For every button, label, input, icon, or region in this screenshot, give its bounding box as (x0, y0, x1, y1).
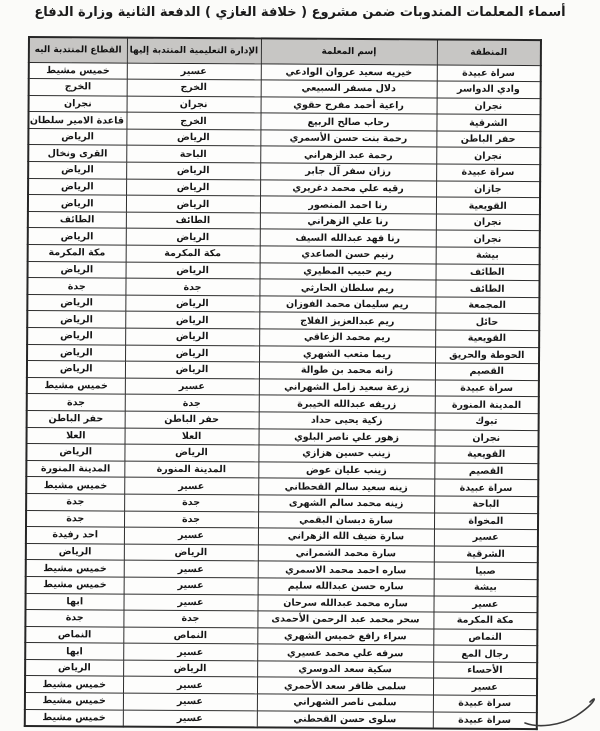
table-cell: ابها (25, 643, 123, 660)
table-cell: سارة ضيف الله الزهراني (258, 528, 434, 546)
table-cell: خميس مشيط (25, 709, 123, 726)
table-cell: الرياض (123, 660, 257, 677)
table-cell: جدة (125, 278, 259, 295)
table-cell: جدة (26, 510, 124, 527)
table-cell: الرياض (125, 311, 259, 328)
table-cell: ريم عبدالعزيز الفلاج (259, 312, 435, 330)
table-cell: جدة (26, 493, 124, 510)
table-cell: زكية يحيى حداد (259, 412, 435, 430)
table-cell: سراة عبيدة (434, 479, 538, 496)
table-cell: ابها (25, 593, 123, 610)
table-cell: راعية أحمد مفرح حقوي (261, 97, 437, 115)
table-cell: العلا (125, 428, 259, 445)
table-cell: الرياض (125, 295, 259, 312)
table-cell: سراء رافع خميس الشهري (257, 628, 433, 646)
table-cell: ساره احمد محمد الاسمري (258, 561, 434, 579)
table-cell: خميس مشيط (26, 576, 124, 593)
table-cell: عسير (127, 63, 261, 80)
header-cell: الإدارة التعليمية المنتدبة إليها (127, 38, 261, 64)
table-cell: سحر محمد عبد الرحمن الأحمدى (257, 611, 433, 629)
table-cell: ريما متعب الشهري (259, 345, 435, 363)
table-cell: احد رفيدة (26, 527, 124, 544)
table-cell: رزان سفر آل جابر (260, 163, 436, 181)
table-header-row: المنطقةإسم المعلمةالإدارة التعليمية المن… (29, 37, 541, 65)
table-cell: نجران (436, 147, 540, 164)
table-cell: الخرج (29, 79, 127, 96)
signature-mark (522, 696, 600, 730)
table-cell: الخرج (127, 79, 261, 96)
roster-table-wrap: المنطقةإسم المعلمةالإدارة التعليمية المن… (26, 36, 542, 730)
table-cell: الرياض (28, 261, 126, 278)
table-cell: عسير (433, 595, 537, 612)
table-cell: الرياض (27, 311, 125, 328)
table-cell: القصيم (435, 363, 539, 380)
table-cell: نجران (127, 96, 261, 113)
table-cell: الرياض (25, 659, 123, 676)
table-cell: الرياض (126, 195, 260, 212)
table-cell: الرياض (27, 344, 125, 361)
table-cell: جدة (27, 278, 125, 295)
table-cell: الرياض (126, 229, 260, 246)
table-cell: المدينة المنورة (124, 461, 258, 478)
table-cell: ريم سليمان محمد الفوزان (259, 296, 435, 314)
table-cell: حائل (435, 313, 539, 330)
table-cell: عسير (123, 643, 257, 660)
table-cell: حفر الباطن (125, 411, 259, 428)
table-cell: خميس مشيط (26, 560, 124, 577)
table-cell: الخرج (126, 112, 260, 129)
table-cell: الرياض (126, 129, 260, 146)
table-cell: جدة (124, 494, 258, 511)
table-cell: سرفه علي محمد عسيري (257, 644, 433, 662)
table-cell: الرياض (28, 195, 126, 212)
table-cell: مكة المكرمة (28, 245, 126, 262)
table-cell: الرياض (28, 178, 126, 195)
table-cell: الرياض (124, 544, 258, 561)
table-cell: جدة (124, 511, 258, 528)
table-cell: الشرقية (434, 546, 538, 563)
table-cell: نجران (436, 214, 540, 231)
table-cell: الرياض (26, 444, 124, 461)
table-cell: النماص (25, 626, 123, 643)
table-cell: الطائف (28, 211, 126, 228)
table-cell: زينه سعيد سالم القحطاني (258, 478, 434, 496)
table-cell: الرياض (125, 345, 259, 362)
table-cell: حفر الباطن (436, 131, 540, 148)
table-cell: القرى ونخال (28, 145, 126, 162)
scanned-document-page: أسماء المعلمات المندوبات ضمن مشروع ( خلا… (0, 0, 600, 731)
table-cell: القصيم (434, 463, 538, 480)
table-cell: الرياض (28, 128, 126, 145)
table-cell: الرياض (126, 262, 260, 279)
table-cell: الرياض (28, 162, 126, 179)
table-cell: عسير (123, 594, 257, 611)
table-cell: سلمى ناصر الشهراني (257, 694, 433, 712)
table-cell: بيشة (434, 579, 538, 596)
table-cell: عسير (123, 710, 257, 727)
table-cell: سلمى ظافر سعد الأحمري (257, 677, 433, 695)
table-cell: سراة عبيدة (435, 380, 539, 397)
table-cell: نجران (435, 430, 539, 447)
table-cell: مكة المكرمة (126, 245, 260, 262)
table-cell: سارة دبسان البقمي (258, 511, 434, 529)
table-body: سراة عبيدةخيريه سعيد عروان الوادعيعسيرخم… (25, 62, 541, 729)
table-cell: ساره حسن عبدالله سليم (258, 578, 434, 596)
roster-table: المنطقةإسم المعلمةالإدارة التعليمية المن… (24, 36, 542, 730)
table-cell: ريم حبيب المطيري (260, 263, 436, 281)
table-cell: سكية سعد الدوسري (257, 661, 433, 679)
table-cell: الرياض (27, 294, 125, 311)
table-cell: عسير (125, 378, 259, 395)
table-cell: النماص (433, 629, 537, 646)
table-cell: خميس مشيط (25, 676, 123, 693)
table-cell: خيريه سعيد عروان الوادعي (261, 63, 437, 81)
table-cell: رحاب صالح الربيع (260, 113, 436, 131)
table-cell: الشرقية (436, 114, 540, 131)
table-cell: خميس مشيط (25, 693, 123, 710)
table-cell: الرياض (126, 179, 260, 196)
table-cell: زهور علي ناصر البلوي (259, 428, 435, 446)
table-cell: الطائف (126, 212, 260, 229)
table-cell: الرياض (26, 543, 124, 560)
header-cell: إسم المعلمة (261, 38, 437, 64)
table-cell: القويعية (435, 330, 539, 347)
table-cell: سراة عبيدة (436, 164, 540, 181)
table-cell: صبيا (434, 562, 538, 579)
table-row: سراة عبيدةسلوى حسن القحطنيعسيرخميس مشيط (25, 709, 537, 729)
table-cell: رنيم حسن الصاعدي (260, 246, 436, 264)
table-cell: رنا فهد عبدالله السيف (260, 229, 436, 247)
table-cell: رحمة عبد الزهراني (260, 146, 436, 164)
table-cell: القويعية (436, 197, 540, 214)
table-cell: سارة محمد الشمراني (258, 545, 434, 563)
table-cell: نجران (29, 95, 127, 112)
table-cell: المدينة المنورة (435, 396, 539, 413)
table-cell: زرعة سعيد زامل الشهراني (259, 379, 435, 397)
table-cell: نجران (436, 230, 540, 247)
table-cell: عسير (124, 527, 258, 544)
table-cell: ساره محمد عبدالله سرحان (257, 594, 433, 612)
table-cell: زينب حسين هزازي (258, 445, 434, 463)
table-cell: الرياض (125, 361, 259, 378)
table-cell: العلا (27, 427, 125, 444)
table-cell: المجمعة (435, 297, 539, 314)
table-cell: وادي الدواسر (437, 81, 541, 98)
table-cell: الحوطة والحريق (435, 347, 539, 364)
table-cell: عسير (123, 677, 257, 694)
table-cell: الرياض (124, 444, 258, 461)
table-cell: الرياض (125, 328, 259, 345)
table-cell: النماص (123, 627, 257, 644)
table-cell: بيشة (436, 247, 540, 264)
table-cell: الطائف (435, 280, 539, 297)
table-cell: عسير (123, 693, 257, 710)
table-cell: عسير (433, 678, 537, 695)
table-cell: جدة (123, 610, 257, 627)
table-cell: الطائف (436, 264, 540, 281)
table-cell: جدة (125, 394, 259, 411)
table-cell: دلال مسفر السبيعي (261, 80, 437, 98)
table-cell: ريم محمد الزعاقي (259, 329, 435, 347)
table-cell: الرياض (27, 327, 125, 344)
table-cell: رنا احمد المنصور (260, 196, 436, 214)
table-cell: زانه محمد بن طوالة (259, 362, 435, 380)
table-cell: عسير (124, 577, 258, 594)
page-title: أسماء المعلمات المندوبات ضمن مشروع ( خلا… (30, 5, 570, 20)
table-cell: جدة (27, 394, 125, 411)
table-cell: قاعدة الامير سلطان (28, 112, 126, 129)
table-cell: الباحة (434, 496, 538, 513)
table-cell: رجال المع (433, 645, 537, 662)
table-cell: رحمة بنت حسن الأسمري (260, 130, 436, 148)
table-cell: سراة عبيدة (437, 64, 541, 81)
table-cell: الباحة (126, 146, 260, 163)
table-cell: خميس مشيط (26, 477, 124, 494)
table-cell: عسير (124, 477, 258, 494)
table-cell: القويعية (434, 446, 538, 463)
table-cell: خميس مشيط (27, 377, 125, 394)
table-cell: الرياض (126, 162, 260, 179)
table-cell: الرياض (28, 228, 126, 245)
table-cell: المخواة (434, 513, 538, 530)
table-cell: جدة (25, 610, 123, 627)
table-cell: المدينة المنورة (26, 460, 124, 477)
table-cell: رقيه علي محمد دغريري (260, 180, 436, 198)
table-cell: جازان (436, 181, 540, 198)
table-cell: زريفه عبدالله الخيبرة (259, 395, 435, 413)
table-cell: ريم سلطان الحارثي (259, 279, 435, 297)
table-cell: رنا علي الزهراني (260, 213, 436, 231)
table-cell: مكة المكرمة (433, 612, 537, 629)
table-cell: نجران (437, 98, 541, 115)
table-cell: زينه محمد سالم الشهرى (258, 495, 434, 513)
table-cell: سلوى حسن القحطني (257, 711, 433, 729)
header-cell: القطاع المنتدبة اليه (29, 37, 127, 63)
table-cell: عسير (434, 529, 538, 546)
table-cell: الأحساء (433, 662, 537, 679)
table-cell: زينب عليان عوض (258, 462, 434, 480)
table-cell: الرياض (27, 361, 125, 378)
table-cell: عسير (124, 560, 258, 577)
table-cell: خميس مشيط (29, 62, 127, 79)
header-cell: المنطقة (437, 39, 541, 65)
table-cell: تبوك (435, 413, 539, 430)
table-cell: حفر الباطن (27, 410, 125, 427)
